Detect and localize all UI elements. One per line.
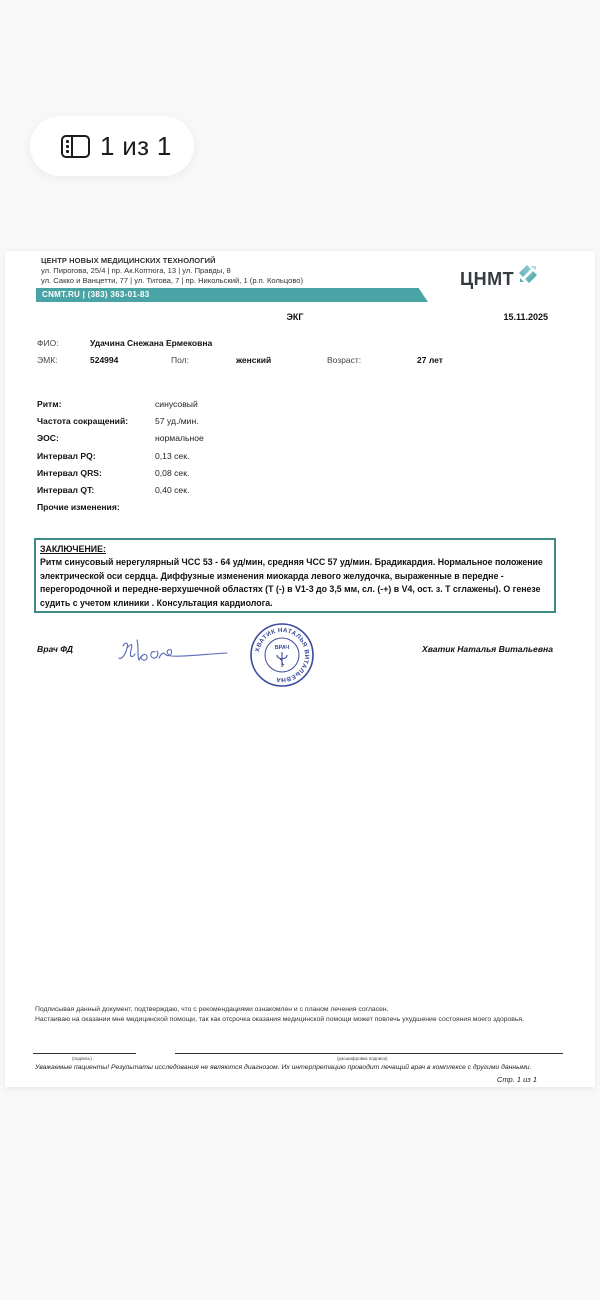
- document-date: 15.11.2025: [503, 312, 548, 322]
- doctor-stamp: ХВАТИК НАТАЛЬЯ ВИТАЛЬЕВНА ВРАЧ: [249, 622, 315, 688]
- param-label: Интервал QT:: [37, 485, 94, 495]
- page-number: Стр. 1 из 1: [497, 1075, 537, 1084]
- sex-label: Пол:: [171, 355, 189, 365]
- page-indicator-button[interactable]: 1 из 1: [30, 116, 194, 176]
- emk-label: ЭМК:: [37, 355, 58, 365]
- doctor-name: Хватик Наталья Витальевна: [422, 644, 553, 654]
- page-indicator-text: 1 из 1: [100, 131, 172, 162]
- document-page: ЦЕНТР НОВЫХ МЕДИЦИНСКИХ ТЕХНОЛОГИЙ ул. П…: [5, 251, 595, 1087]
- param-label: Интервал QRS:: [37, 468, 102, 478]
- conclusion-heading-colon: :: [103, 544, 106, 554]
- logo-text: ЦНМТ: [460, 269, 514, 290]
- address-line-2: ул. Сакко и Ванцетти, 77 | ул. Титова, 7…: [41, 276, 303, 285]
- age-value: 27 лет: [417, 355, 443, 365]
- fio-value: Удачина Снежана Ермековна: [90, 338, 212, 348]
- param-value: 0,40 сек.: [155, 485, 189, 495]
- sidebar-pages-icon: [61, 135, 90, 158]
- param-label: Частота сокращений:: [37, 416, 128, 426]
- sex-value: женский: [236, 355, 271, 365]
- param-value: 57 уд./мин.: [155, 416, 199, 426]
- fio-row: ФИО:: [37, 338, 59, 348]
- consent-line-1: Подписывая данный документ, подтверждаю,…: [35, 1005, 565, 1015]
- address-line-1: ул. Пирогова, 25/4 | пр. Ак.Коптюга, 13 …: [41, 266, 231, 275]
- conclusion-heading-text: ЗАКЛЮЧЕНИЕ: [40, 544, 103, 554]
- decoding-caption: (расшифровка подписи): [337, 1056, 387, 1061]
- clinic-logo: ЦНМТ: [460, 263, 540, 290]
- conclusion-box: ЗАКЛЮЧЕНИЕ: Ритм синусовый нерегулярный …: [34, 538, 556, 613]
- handwritten-signature: [115, 634, 230, 669]
- conclusion-heading: ЗАКЛЮЧЕНИЕ:: [40, 543, 550, 556]
- signature-caption: (подпись): [72, 1056, 92, 1061]
- param-value: 0,08 сек.: [155, 468, 189, 478]
- signature-decoding-line: [175, 1053, 563, 1054]
- param-label: Интервал PQ:: [37, 451, 96, 461]
- consent-line-2: Настаиваю на оказании мне медицинской по…: [35, 1015, 565, 1025]
- signature-line: [33, 1053, 136, 1054]
- param-label: Ритм:: [37, 399, 61, 409]
- conclusion-text: Ритм синусовый нерегулярный ЧСС 53 - 64 …: [40, 556, 550, 610]
- doctor-role: Врач ФД: [37, 644, 73, 654]
- param-value: синусовый: [155, 399, 198, 409]
- org-name: ЦЕНТР НОВЫХ МЕДИЦИНСКИХ ТЕХНОЛОГИЙ: [41, 256, 216, 265]
- contact-bar: CNMT.RU | (383) 363-01-83: [36, 288, 428, 302]
- param-value: нормальное: [155, 433, 204, 443]
- age-label: Возраст:: [327, 355, 361, 365]
- fio-label: ФИО:: [37, 338, 59, 348]
- consent-text: Подписывая данный документ, подтверждаю,…: [35, 1005, 565, 1025]
- disclaimer-text: Уважаемые пациенты! Результаты исследова…: [35, 1063, 545, 1073]
- emk-value: 524994: [90, 355, 118, 365]
- param-label: ЭОС:: [37, 433, 59, 443]
- param-label: Прочие изменения:: [37, 502, 120, 512]
- contact-bar-text: CNMT.RU | (383) 363-01-83: [42, 290, 150, 299]
- stamp-center-text: ВРАЧ: [275, 645, 290, 651]
- logo-mark-icon: [516, 263, 540, 285]
- param-value: 0,13 сек.: [155, 451, 189, 461]
